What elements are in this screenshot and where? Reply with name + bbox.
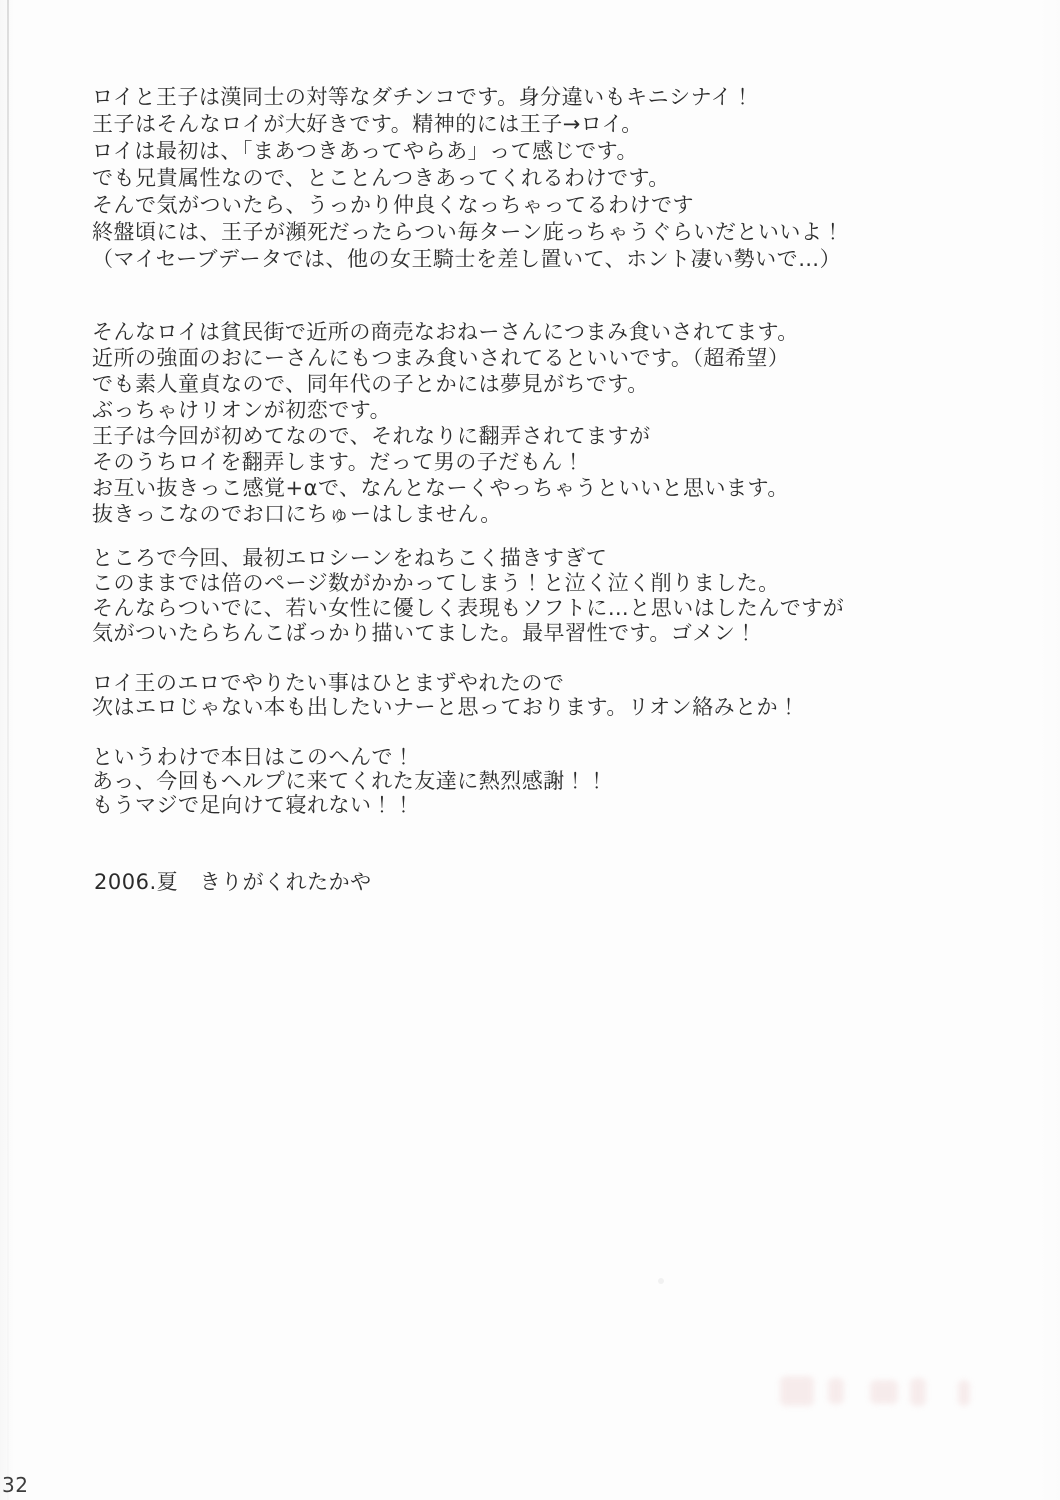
page-showthrough-marks	[780, 1372, 1015, 1418]
text-line: ぶっちゃけリオンが初恋です。	[92, 397, 799, 423]
text-line: このままでは倍のページ数がかかってしまう！と泣く泣く削りました。	[92, 571, 844, 596]
paragraph-future-plans: ロイ王のエロでやりたい事はひとまずやれたので 次はエロじゃない本も出したいナーと…	[92, 671, 800, 719]
text-line: そんで気がついたら、うっかり仲良くなっちゃってるわけです	[92, 192, 844, 219]
text-line: そんならついでに、若い女性に優しく表現もソフトに…と思いはしたんですが	[92, 596, 844, 621]
text-line: そんなロイは貧民街で近所の商売なおねーさんにつまみ食いされてます。	[92, 319, 799, 345]
paragraph-roy-backstory: そんなロイは貧民街で近所の商売なおねーさんにつまみ食いされてます。 近所の強面の…	[92, 319, 799, 527]
signature: 2006.夏 きりがくれたかや	[94, 866, 372, 896]
showthrough-blob	[780, 1376, 814, 1406]
text-line: でも素人童貞なので、同年代の子とかには夢見がちです。	[92, 371, 799, 397]
text-line: 近所の強面のおにーさんにもつまみ食いされてるといいです。（超希望）	[92, 345, 799, 371]
text-line: 次はエロじゃない本も出したいナーと思っております。リオン絡みとか！	[92, 695, 800, 719]
scanned-page: ロイと王子は漢同士の対等なダチンコです。身分違いもキニシナイ！ 王子はそんなロイ…	[0, 0, 1060, 1500]
showthrough-blob	[828, 1378, 844, 1404]
text-line: （マイセーブデータでは、他の女王騎士を差し置いて、ホント凄い勢いで…）	[92, 246, 844, 273]
showthrough-blob	[958, 1380, 970, 1406]
text-line: ところで今回、最初エロシーンをねちこく描きすぎて	[92, 546, 844, 571]
showthrough-blob	[870, 1380, 898, 1404]
text-line: あっ、今回もヘルプに来てくれた友達に熱烈感謝！！	[92, 769, 608, 793]
text-line: ロイと王子は漢同士の対等なダチンコです。身分違いもキニシナイ！	[92, 84, 844, 111]
scan-edge-artifact	[7, 0, 9, 1500]
paragraph-roy-and-prince: ロイと王子は漢同士の対等なダチンコです。身分違いもキニシナイ！ 王子はそんなロイ…	[92, 84, 844, 273]
showthrough-blob	[910, 1378, 926, 1406]
text-line: もうマジで足向けて寝れない！！	[92, 793, 608, 817]
text-line: ロイは最初は、「まあつきあってやらあ」って感じです。	[92, 138, 844, 165]
text-line: 抜きっこなのでお口にちゅーはしません。	[92, 501, 799, 527]
text-line: 終盤頃には、王子が瀕死だったらつい毎ターン庇っちゃうぐらいだといいよ！	[92, 219, 844, 246]
text-line: 気がついたらちんこばっかり描いてました。最早習性です。ゴメン！	[92, 621, 844, 646]
text-line: お互い抜きっこ感覚+αで、なんとなーくやっちゃうといいと思います。	[92, 475, 799, 501]
paragraph-production-notes: ところで今回、最初エロシーンをねちこく描きすぎて このままでは倍のページ数がかか…	[92, 546, 844, 646]
text-line: 王子は今回が初めてなので、それなりに翻弄されてますが	[92, 423, 799, 449]
dust-speck	[658, 1278, 664, 1284]
text-line: ロイ王のエロでやりたい事はひとまずやれたので	[92, 671, 800, 695]
page-number: 32	[2, 1473, 28, 1497]
text-line: そのうちロイを翻弄します。だって男の子だもん！	[92, 449, 799, 475]
text-line: というわけで本日はこのへんで！	[92, 745, 608, 769]
text-line: でも兄貴属性なので、とことんつきあってくれるわけです。	[92, 165, 844, 192]
text-line: 王子はそんなロイが大好きです。精神的には王子→ロイ。	[92, 111, 844, 138]
paragraph-closing-thanks: というわけで本日はこのへんで！ あっ、今回もヘルプに来てくれた友達に熱烈感謝！！…	[92, 745, 608, 817]
